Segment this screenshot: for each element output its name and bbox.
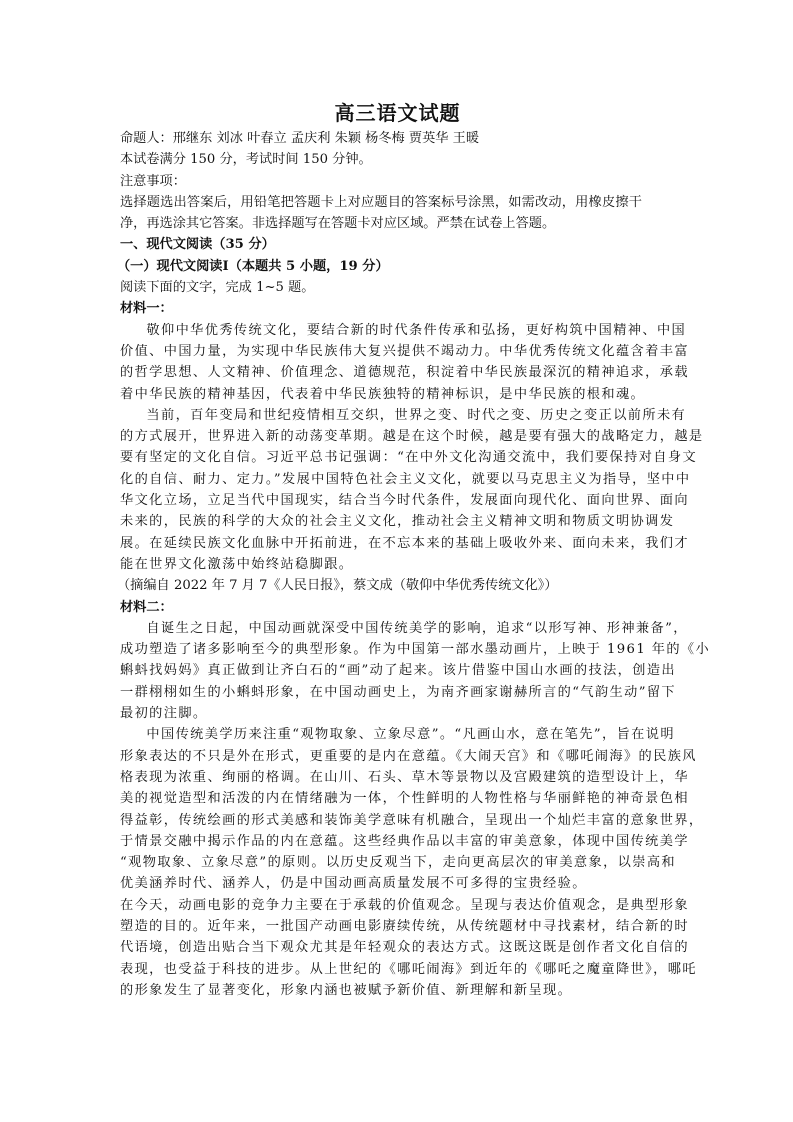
material1-source: （摘编自 2022 年 7 月 7《人民日报》，蔡文成（敬仰中华优秀传统文化》） <box>117 575 675 596</box>
text-line: 华文化立场，立足当代中国现实，结合当今时代条件，发展面向现代化、面向世界、面向 <box>120 490 675 511</box>
text-line: “观物取象、立象尽意”的原则。以历史反观当下，走向更高层次的审美意象，以崇高和 <box>120 852 675 873</box>
material2-paragraph-2: 中国传统美学历来注重“观物取象、立象尽意”。“凡画山水，意在笔先”，旨在说明 形… <box>120 724 675 894</box>
text-line: 于情景交融中揭示作品的内在意蕴。这些经典作品以丰富的审美意象，体现中国传统美学 <box>120 831 675 852</box>
text-line: 形象表达的不只是外在形式，更重要的是内在意蕴。《大闹天宫》和《哪吒闹海》的民族风 <box>120 746 675 767</box>
score-line: 本试卷满分 150 分，考试时间 150 分钟。 <box>120 149 675 170</box>
material1-paragraph-2: 当前，百年变局和世纪疫情相互交织，世界之变、时代之变、历史之变正以前所未有 的方… <box>120 405 675 575</box>
authors-line: 命题人：邢继东 刘冰 叶春立 孟庆利 朱颖 杨冬梅 贾英华 王暖 <box>120 128 675 149</box>
instruction: 阅读下面的文字，完成 1~5 题。 <box>120 277 675 298</box>
text-line: 塑造的目的。近年来，一批国产动画电影赓续传统，从传统题材中寻找素材，结合新的时 <box>120 916 675 937</box>
material1-heading: 材料一： <box>120 298 675 319</box>
notice-heading: 注意事项： <box>120 171 675 192</box>
text-line: 自诞生之日起，中国动画就深受中国传统美学的影响，追求“以形写神、形神兼备”， <box>120 618 675 639</box>
text-line: 要有坚定的文化自信。习近平总书记强调：“在中外文化沟通交流中，我们要保持对自身文 <box>120 447 675 468</box>
text-line: 格表现为浓重、绚丽的格调。在山川、石头、草木等景物以及宫殿建筑的造型设计上，华 <box>120 767 675 788</box>
text-line: 着中华民族的精神基因，代表着中华民族独特的精神标识，是中华民族的根和魂。 <box>120 384 675 405</box>
text-line: 的方式展开，世界进入新的动荡变革期。越是在这个时候，越是要有强大的战略定力，越是 <box>120 426 675 447</box>
text-line: 得益彰，传统绘画的形式美感和装饰美学意味有机融合，呈现出一个灿烂丰富的意象世界， <box>120 810 675 831</box>
notice-line: 选择题选出答案后，用铅笔把答题卡上对应题目的答案标号涂黑，如需改动，用橡皮擦干 <box>120 192 675 213</box>
text-line: 能在世界文化激荡中始终站稳脚跟。 <box>120 554 675 575</box>
text-line: 最初的注脚。 <box>120 703 675 724</box>
exam-page: 高三语文试题 命题人：邢继东 刘冰 叶春立 孟庆利 朱颖 杨冬梅 贾英华 王暖 … <box>120 100 675 1001</box>
text-line: 化的自信、耐力、定力。”发展中国特色社会主义文化，就要以马克思主义为指导，坚中中 <box>120 469 675 490</box>
text-line: 中国传统美学历来注重“观物取象、立象尽意”。“凡画山水，意在笔先”，旨在说明 <box>120 724 675 745</box>
text-line: 一群栩栩如生的小蝌蚪形象，在中国动画史上，为南齐画家谢赫所言的“气韵生动”留下 <box>120 682 675 703</box>
material2-paragraph-3: 在今天，动画电影的竞争力主要在于承载的价值观念。呈现与表达价值观念，是典型形象 … <box>120 895 675 1001</box>
text-line: 价值、中国力量，为实现中华民族伟大复兴提供不竭动力。中华优秀传统文化蕴含着丰富 <box>120 341 675 362</box>
notice-line: 净，再选涂其它答案。非选择题写在答题卡对应区域。严禁在试卷上答题。 <box>120 213 675 234</box>
text-line: 代语境，创造出贴合当下观众尤其是年轻观众的表达方式。这既这既是创作者文化自信的 <box>120 937 675 958</box>
text-line: 敬仰中华优秀传统文化，要结合新的时代条件传承和弘扬，更好构筑中国精神、中国 <box>120 320 675 341</box>
text-line: 蝌蚪找妈妈》真正做到让齐白石的“画”动了起来。该片借鉴中国山水画的技法，创造出 <box>120 660 675 681</box>
text-line: 表现，也受益于科技的进步。从上世纪的《哪吒闹海》到近年的《哪吒之魔童降世》，哪吒 <box>120 959 675 980</box>
section-heading: 一、现代文阅读（35 分） <box>120 234 675 255</box>
text-line: 的形象发生了显著变化，形象内涵也被赋予新价值、新理解和新呈现。 <box>120 980 675 1001</box>
text-line: 展。在延续民族文化血脉中开拓前进，在不忘本来的基础上吸收外来、面向未来，我们才 <box>120 533 675 554</box>
text-line: 当前，百年变局和世纪疫情相互交织，世界之变、时代之变、历史之变正以前所未有 <box>120 405 675 426</box>
text-line: 成功塑造了诸多影响至今的典型形象。作为中国第一部水墨动画片，上映于 1961 年… <box>120 639 675 660</box>
text-line: 未来的，民族的科学的大众的社会主义文化，推动社会主义精神文明和物质文明协调发 <box>120 511 675 532</box>
material2-heading: 材料二： <box>120 597 675 618</box>
text-line: 优美涵养时代、涵养人，仍是中国动画高质量发展不可多得的宝贵经验。 <box>120 873 675 894</box>
material1-paragraph-1: 敬仰中华优秀传统文化，要结合新的时代条件传承和弘扬，更好构筑中国精神、中国 价值… <box>120 320 675 405</box>
text-line: 的哲学思想、人文精神、价值理念、道德规范，积淀着中华民族最深沉的精神追求，承载 <box>120 362 675 383</box>
page-title: 高三语文试题 <box>120 100 675 126</box>
text-line: 美的视觉造型和活泼的内在情绪融为一体，个性鲜明的人物性格与华丽鲜艳的神奇景色相 <box>120 788 675 809</box>
subsection-heading: （一）现代文阅读Ⅰ（本题共 5 小题，19 分） <box>117 256 675 277</box>
material2-paragraph-1: 自诞生之日起，中国动画就深受中国传统美学的影响，追求“以形写神、形神兼备”， 成… <box>120 618 675 724</box>
text-line: 在今天，动画电影的竞争力主要在于承载的价值观念。呈现与表达价值观念，是典型形象 <box>120 895 675 916</box>
